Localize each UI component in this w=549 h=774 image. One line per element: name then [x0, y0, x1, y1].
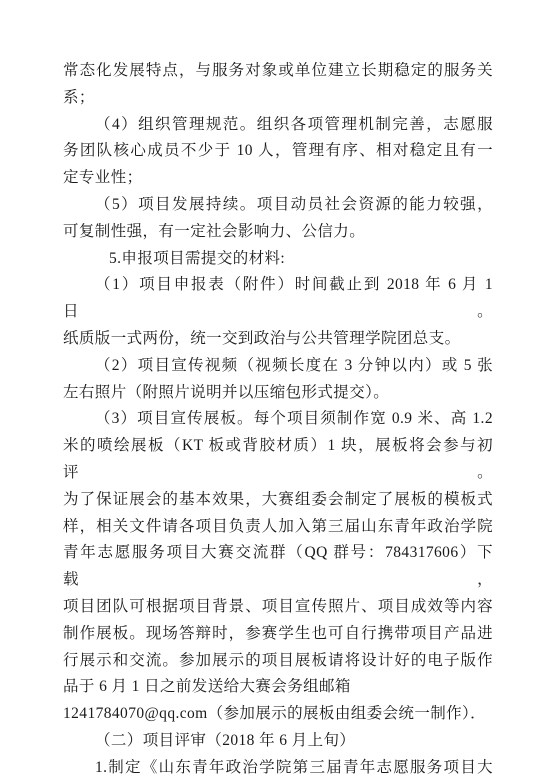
text-line: 品于 6 月 1 日之前发送给大赛会务组邮箱: [63, 674, 493, 701]
text-line: （2）项目宣传视频（视频长度在 3 分钟以内）或 5 张: [63, 353, 493, 380]
text-line: 为了保证展会的基本效果，大赛组委会制定了展板的模板式: [63, 487, 493, 514]
document-body: 常态化发展特点，与服务对象或单位建立长期稳定的服务关 系； （4）组织管理规范。…: [63, 58, 493, 774]
text-line: 5.申报项目需提交的材料:: [63, 246, 493, 273]
text-line: 定专业性；: [63, 165, 493, 192]
text-line: 制作展板。现场答辩时，参赛学生也可自行携带项目产品进: [63, 621, 493, 648]
text-line: 左右照片（附照片说明并以压缩包形式提交）。: [63, 380, 493, 407]
text-line: 行展示和交流。参加展示的项目展板请将设计好的电子版作: [63, 648, 493, 675]
text-line: 务团队核心成员不少于 10 人，管理有序、相对稳定且有一: [63, 138, 493, 165]
text-line: （5）项目发展持续。项目动员社会资源的能力较强，: [63, 192, 493, 219]
text-line: 1241784070@qq.com（参加展示的展板由组委会统一制作）．: [63, 701, 493, 728]
text-line: 1.制定《山东青年政治学院第三届青年志愿服务项目大: [63, 755, 493, 774]
text-line: 米的喷绘展板（KT 板或背胶材质）1 块，展板将会参与初评。: [63, 433, 493, 487]
text-line: 青年志愿服务项目大赛交流群（QQ 群号：784317606）下载，: [63, 540, 493, 594]
text-line: 项目团队可根据项目背景、项目宣传照片、项目成效等内容: [63, 594, 493, 621]
text-line: 常态化发展特点，与服务对象或单位建立长期稳定的服务关: [63, 58, 493, 85]
text-line: 样，相关文件请各项目负责人加入第三届山东青年政治学院: [63, 514, 493, 541]
text-line: 纸质版一式两份，统一交到政治与公共管理学院团总支。: [63, 326, 493, 353]
text-line: （二）项目评审（2018 年 6 月上旬）: [63, 728, 493, 755]
document-page: 常态化发展特点，与服务对象或单位建立长期稳定的服务关 系； （4）组织管理规范。…: [0, 0, 549, 774]
text-line: （1）项目申报表（附件）时间截止到 2018 年 6 月 1 日。: [63, 272, 493, 326]
text-line: 可复制性强，有一定社会影响力、公信力。: [63, 219, 493, 246]
text-line: （4）组织管理规范。组织各项管理机制完善，志愿服: [63, 112, 493, 139]
text-line: 系；: [63, 85, 493, 112]
text-line: （3）项目宣传展板。每个项目须制作宽 0.9 米、高 1.2: [63, 406, 493, 433]
